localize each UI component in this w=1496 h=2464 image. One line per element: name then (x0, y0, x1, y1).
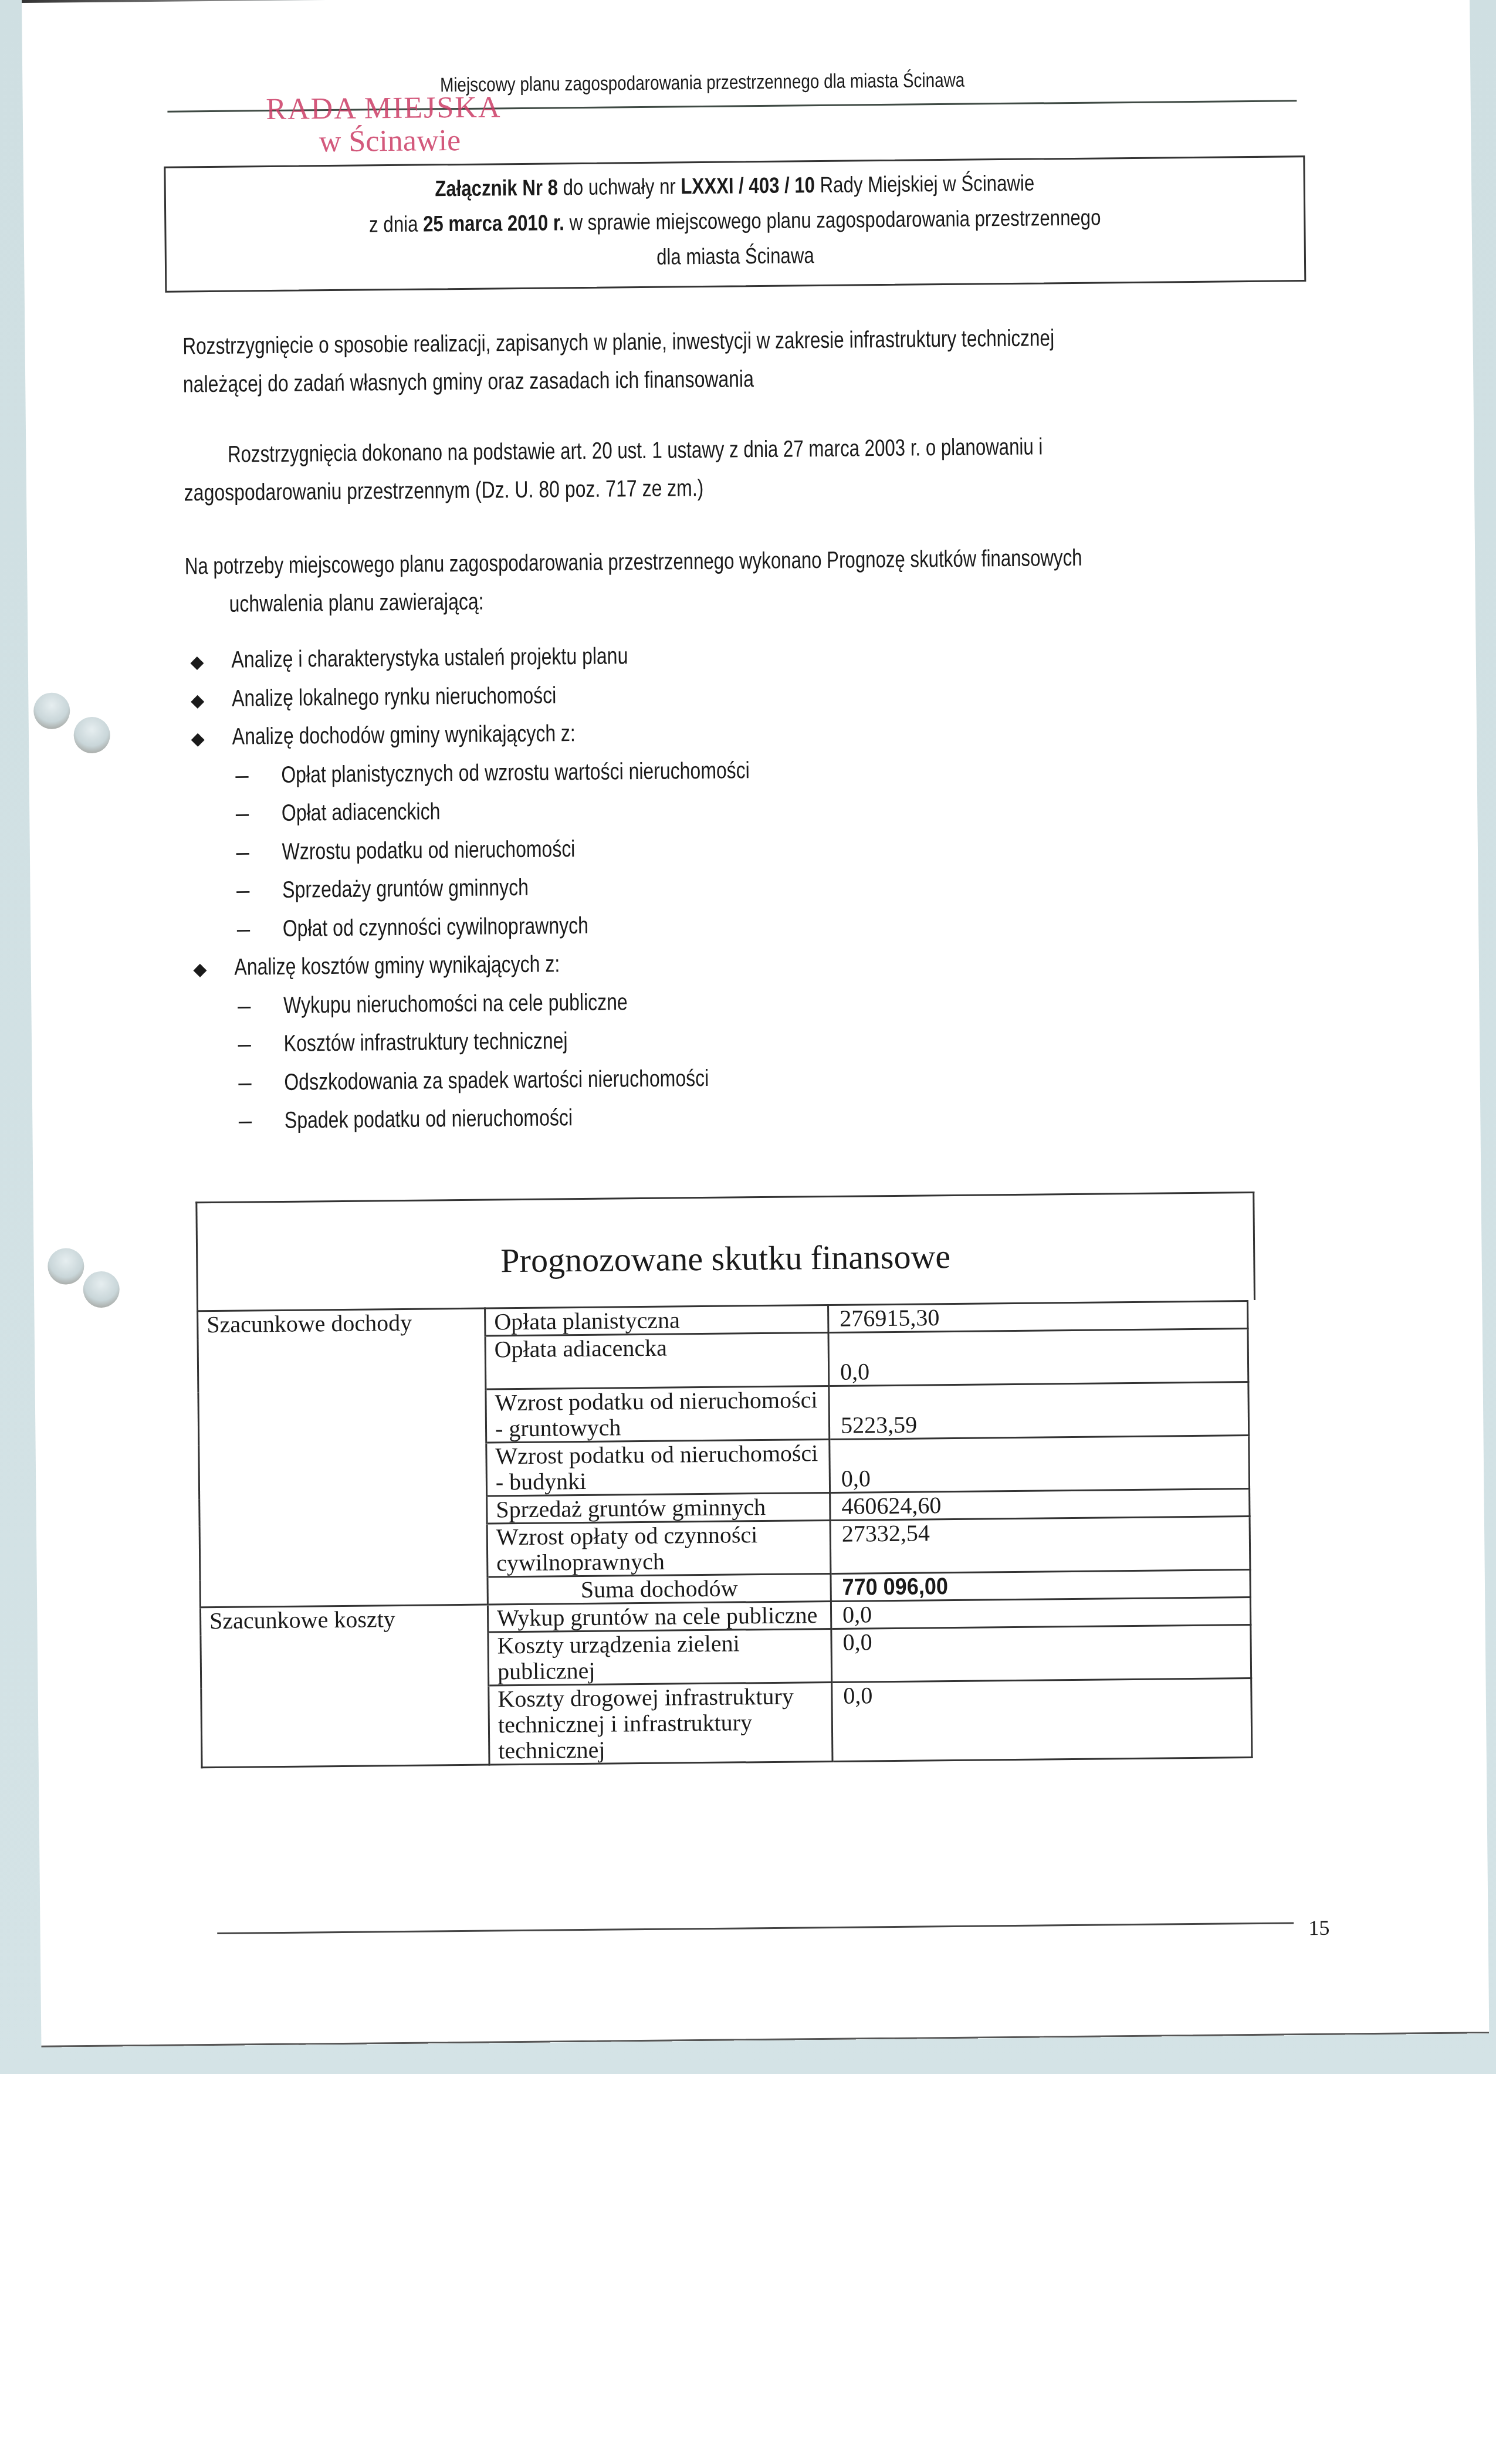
bullet-list-item: ◆Analizę dochodów gminy wynikających z: (191, 720, 661, 751)
row-label-text: Opłata adiacencka (495, 1335, 668, 1363)
punch-hole-icon (73, 717, 110, 754)
row-value: 276915,30 (828, 1301, 1248, 1333)
paragraph-2-line-2: zagospodarowaniu przestrzennym (Dz. U. 8… (184, 475, 703, 507)
list-item-text: Wykupu nieruchomości na cele publiczne (283, 989, 628, 1019)
dash-bullet-icon: – (238, 1031, 284, 1058)
category-spacer (198, 1389, 486, 1446)
row-label: Sprzedaż gruntów gminnych (487, 1492, 830, 1524)
table-row: Wzrost podatku od nieruchomości - budynk… (199, 1436, 1250, 1499)
paragraph-1-line-2: należącej do zadań własnych gminy oraz z… (183, 366, 754, 398)
annex-text: do uchwały nr (558, 174, 681, 200)
row-value: 27332,54 (830, 1517, 1250, 1574)
sub-list-item: –Spadek podatku od nieruchomości (239, 1104, 645, 1135)
forecast-grid: Szacunkowe dochody Opłata planistyczna 2… (197, 1300, 1253, 1768)
annex-heading-box: Załącznik Nr 8 do uchwały nr LXXXI / 403… (164, 155, 1306, 293)
paragraph-1-line-1: Rozstrzygnięcie o sposobie realizacji, z… (182, 325, 1054, 360)
list-item-text: Opłat od czynności cywilnoprawnych (283, 912, 589, 942)
dash-bullet-icon: – (238, 992, 283, 1019)
bullet-list-item: ◆Analizę i charakterystyka ustaleń proje… (190, 642, 727, 674)
financial-forecast-table: Prognozowane skutku finansowe Szacunkowe… (195, 1192, 1260, 1768)
dash-bullet-icon: – (236, 877, 282, 904)
table-row: Wzrost opłaty od czynności cywilnoprawny… (199, 1517, 1250, 1580)
list-item-text: Spadek podatku od nieruchomości (285, 1105, 573, 1134)
row-label: Wzrost opłaty od czynności cywilnoprawny… (487, 1520, 831, 1577)
table-row: Koszty drogowej infrastruktury techniczn… (201, 1678, 1252, 1768)
costs-category: Szacunkowe koszty (200, 1605, 488, 1635)
running-header: Miejscowy planu zagospodarowania przestr… (440, 69, 965, 97)
resolution-number: LXXXI / 403 / 10 (681, 173, 815, 199)
row-label: Opłata adiacencka (485, 1332, 829, 1389)
list-item-text: Analizę i charakterystyka ustaleń projek… (231, 643, 628, 673)
footer-rule (217, 1922, 1294, 1934)
annex-number: Załącznik Nr 8 (435, 175, 558, 201)
sub-list-item: –Wzrostu podatku od nieruchomości (236, 835, 648, 865)
dash-bullet-icon: – (238, 1069, 284, 1096)
sub-list-item: –Opłat adiacenckich (236, 798, 480, 827)
sub-list-item: –Kosztów infrastruktury technicznej (238, 1027, 639, 1058)
bullet-list-item: ◆Analizę kosztów gminy wynikających z: (193, 950, 641, 981)
category-spacer (200, 1577, 488, 1607)
income-category: Szacunkowe dochody (198, 1308, 485, 1339)
row-value: 5223,59 (829, 1382, 1249, 1440)
table-title: Prognozowane skutku finansowe (195, 1192, 1255, 1310)
page-number: 15 (1308, 1915, 1329, 1940)
row-label: Wykup gruntów na cele publiczne (488, 1601, 831, 1632)
row-label: Koszty urządzenia zieleni publicznej (488, 1629, 832, 1685)
dash-bullet-icon: – (236, 800, 282, 827)
category-spacer (198, 1336, 486, 1392)
category-spacer (201, 1632, 489, 1688)
sub-list-item: –Sprzedaży gruntów gminnych (236, 874, 590, 904)
page-content: Miejscowy planu zagospodarowania przestr… (0, 0, 1496, 2080)
stamp-line-1: RADA MIEJSKA (266, 91, 502, 126)
list-item-text: Analizę kosztów gminy wynikających z: (234, 951, 560, 980)
row-value-text: 0,0 (840, 1329, 1240, 1385)
row-value: 0,0 (832, 1678, 1252, 1762)
table-row: Wzrost podatku od nieruchomości - grunto… (198, 1382, 1249, 1446)
punch-hole-icon (83, 1271, 120, 1308)
list-item-text: Analizę dochodów gminy wynikających z: (232, 720, 576, 750)
category-spacer (199, 1524, 488, 1580)
paragraph-3-line-2: uchwalenia planu zawierającą: (229, 589, 483, 618)
dash-bullet-icon: – (235, 761, 281, 788)
row-value: 0,0 (831, 1597, 1250, 1629)
row-value: 0,0 (828, 1329, 1248, 1386)
stamp-line-2: w Ścinawie (266, 124, 502, 159)
list-item-text: Wzrostu podatku od nieruchomości (282, 836, 575, 865)
punch-hole-icon (48, 1248, 84, 1285)
sub-list-item: –Wykupu nieruchomości na cele publiczne (238, 988, 714, 1019)
sum-value-text: 770 096,00 (842, 1573, 948, 1600)
sum-label: Suma dochodów (488, 1573, 831, 1605)
dash-bullet-icon: – (239, 1108, 285, 1135)
punch-hole-icon (33, 692, 70, 729)
diamond-bullet-icon: ◆ (190, 652, 231, 673)
council-stamp: RADA MIEJSKA w Ścinawie (266, 91, 502, 159)
annex-text: Rady Miejskiej w Ścinawie (815, 171, 1034, 198)
row-value: 460624,60 (830, 1489, 1250, 1521)
table-row: Opłata adiacencka 0,0 (198, 1329, 1248, 1392)
row-label: Wzrost podatku od nieruchomości - grunto… (486, 1386, 830, 1443)
row-value-text: 0,0 (841, 1436, 1240, 1492)
sum-value: 770 096,00 (831, 1570, 1250, 1602)
list-item-text: Opłat planistycznych od wzrostu wartości… (281, 757, 750, 788)
list-item-text: Opłat adiacenckich (282, 798, 441, 827)
table-row: Koszty urządzenia zieleni publicznej 0,0 (201, 1625, 1251, 1688)
annex-text: w sprawie miejscowego planu zagospodarow… (564, 205, 1101, 235)
bullet-list-item: ◆Analizę lokalnego rynku nieruchomości (191, 682, 638, 712)
list-item-text: Kosztów infrastruktury technicznej (284, 1028, 568, 1057)
diamond-bullet-icon: ◆ (191, 729, 232, 750)
paragraph-3-line-1: Na potrzeby miejscowego planu zagospodar… (185, 545, 1082, 580)
sub-list-item: –Opłat planistycznych od wzrostu wartośc… (235, 756, 867, 788)
diamond-bullet-icon: ◆ (191, 690, 232, 711)
dash-bullet-icon: – (237, 915, 283, 942)
dash-bullet-icon: – (236, 838, 282, 865)
category-spacer (199, 1443, 487, 1499)
list-item-text: Sprzedaży gruntów gminnych (282, 875, 529, 903)
sub-list-item: –Odszkodowania za spadek wartości nieruc… (238, 1064, 815, 1096)
resolution-date: 25 marca 2010 r. (423, 211, 564, 236)
category-spacer (199, 1496, 487, 1527)
row-label: Koszty drogowej infrastruktury techniczn… (489, 1682, 832, 1765)
list-item-text: Analizę lokalnego rynku nieruchomości (232, 682, 557, 712)
paragraph-2-line-1: Rozstrzygnięcia dokonano na podstawie ar… (228, 434, 1043, 468)
annex-text: z dnia (369, 212, 423, 238)
row-value: 0,0 (830, 1436, 1250, 1493)
category-spacer (201, 1685, 489, 1768)
row-value-text: 5223,59 (840, 1383, 1240, 1439)
row-label: Wzrost podatku od nieruchomości - budynk… (486, 1439, 830, 1496)
row-value: 0,0 (831, 1625, 1251, 1683)
diamond-bullet-icon: ◆ (193, 959, 234, 980)
sub-list-item: –Opłat od czynności cywilnoprawnych (237, 912, 665, 942)
list-item-text: Odszkodowania za spadek wartości nieruch… (284, 1065, 709, 1095)
